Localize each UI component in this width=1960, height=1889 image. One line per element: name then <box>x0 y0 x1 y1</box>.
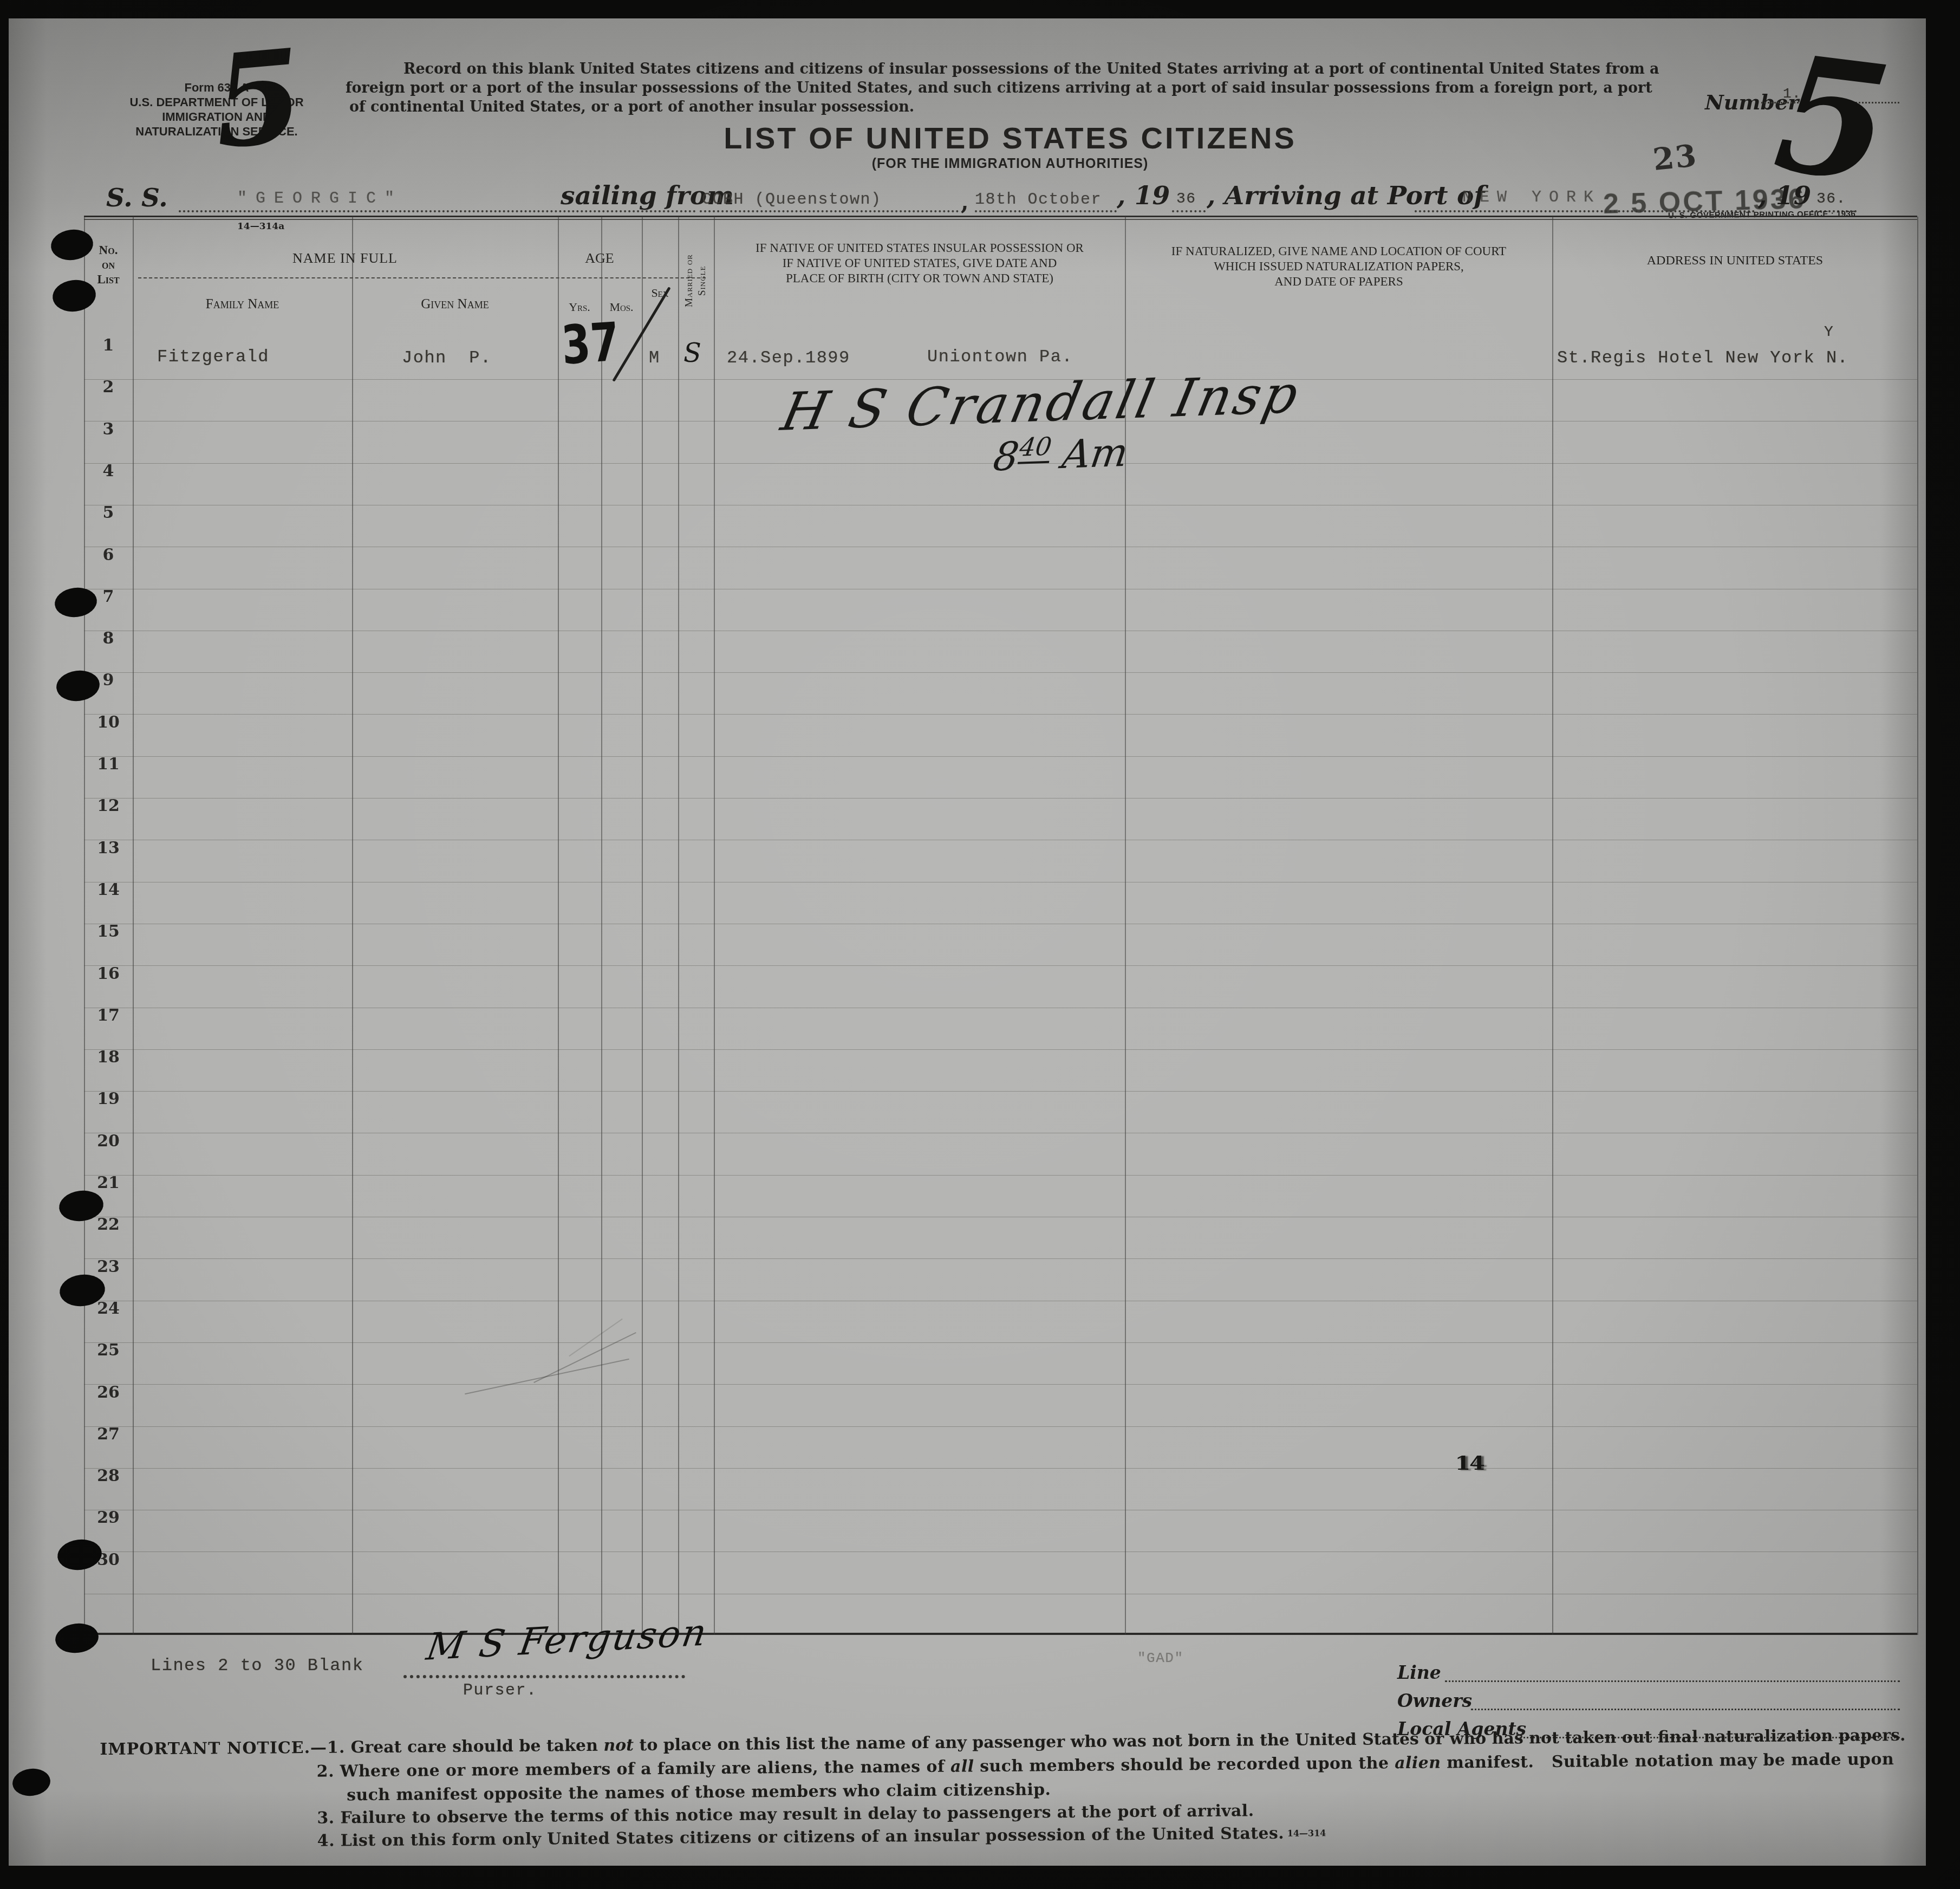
purser-label: Purser. <box>463 1682 537 1700</box>
stray-stamp-14: 14 <box>1455 1452 1484 1475</box>
col-header-family-name: Family Name <box>135 297 349 312</box>
scan-edge-top <box>0 0 1960 18</box>
year-typed: 36 <box>1176 191 1196 207</box>
row-number-16: 16 <box>86 964 131 983</box>
row-number-12: 12 <box>86 796 131 815</box>
row-rule <box>84 1217 1917 1217</box>
row1-family-name: Fitzgerald <box>157 347 269 367</box>
port-from-fill-line <box>700 210 959 212</box>
gad-note: "GAD" <box>1137 1650 1184 1666</box>
row-number-29: 29 <box>86 1508 131 1527</box>
paper-sheet <box>9 17 1929 1866</box>
row-rule <box>84 1301 1917 1301</box>
row-number-19: 19 <box>86 1089 131 1108</box>
column-rule <box>1917 217 1918 1635</box>
comma-printed: , <box>961 189 969 215</box>
row-number-18: 18 <box>86 1048 131 1067</box>
column-rule <box>601 217 602 1635</box>
row-number-14: 14 <box>86 880 131 899</box>
page-title: LIST OF UNITED STATES CITIZENS <box>693 120 1327 155</box>
year-printed: , 19 <box>1117 181 1170 211</box>
col-header-married-single: Married or Single <box>678 232 714 329</box>
row-number-25: 25 <box>86 1341 131 1360</box>
row-rule <box>84 589 1917 589</box>
column-rule <box>1552 217 1553 1635</box>
year-fill-line <box>1172 210 1206 212</box>
row-rule <box>84 1049 1917 1050</box>
row-rule <box>84 1133 1917 1133</box>
row1-given-name: John P. <box>402 348 492 368</box>
row-rule <box>84 1384 1917 1385</box>
row-number-13: 13 <box>86 839 131 858</box>
row-rule <box>84 1510 1917 1510</box>
line-fill <box>1445 1680 1900 1682</box>
col-header-sex: Sex <box>643 286 677 300</box>
row1-birth-date: 24.Sep.1899 <box>727 348 850 368</box>
row-rule <box>84 1594 1917 1594</box>
row-rule <box>84 965 1917 966</box>
row1-birth-place: Uniontown Pa. <box>927 347 1073 367</box>
purser-signature-line <box>403 1675 685 1678</box>
row-number-15: 15 <box>86 922 131 941</box>
row-number-23: 23 <box>86 1257 131 1276</box>
col-header-birth: IF NATIVE OF UNITED STATES INSULAR POSSE… <box>717 241 1123 286</box>
scan-edge-bottom <box>0 1866 1960 1889</box>
port-to-typed: NEW YORK <box>1462 189 1601 207</box>
row-rule <box>84 1091 1917 1092</box>
arriving-label: , Arriving at Port of <box>1207 181 1485 211</box>
row-rule <box>84 505 1917 505</box>
row-rule <box>84 672 1917 673</box>
row-number-26: 26 <box>86 1383 131 1402</box>
row-rule <box>84 882 1917 882</box>
date-fill-line <box>975 210 1117 212</box>
intro-line-2: foreign port or a port of the insular po… <box>346 80 1652 96</box>
column-rule <box>678 217 679 1635</box>
owners-fill <box>1471 1709 1900 1710</box>
row1-sex: M <box>649 348 660 368</box>
col-header-yrs: Yrs. <box>559 300 600 314</box>
row-number-2: 2 <box>86 378 131 397</box>
scan-edge-left <box>0 0 9 1889</box>
row-rule <box>84 1552 1917 1552</box>
col-header-address: ADDRESS IN UNITED STATES <box>1555 254 1915 268</box>
row-rule <box>84 1175 1917 1176</box>
line-label: Line <box>1397 1662 1441 1683</box>
row-rule <box>84 1258 1917 1259</box>
local-agents-fill <box>1520 1737 1900 1738</box>
column-rule <box>352 217 353 1635</box>
intro-line-3: of continental United States, or a port … <box>349 99 914 115</box>
owners-label: Owners <box>1397 1690 1472 1711</box>
column-rule <box>714 217 715 1635</box>
row-number-20: 20 <box>86 1132 131 1151</box>
row1-age-handwritten: 37 <box>559 311 621 376</box>
arrival-year-printed: , 19 <box>1758 181 1811 211</box>
col-header-given-name: Given Name <box>355 297 555 312</box>
arrival-year-typed: 36. <box>1816 191 1846 207</box>
handwritten-sheet-number-left: 5 <box>208 28 308 170</box>
col-header-married-single-text: Married or Single <box>683 254 709 307</box>
row-number-28: 28 <box>86 1466 131 1485</box>
row-rule <box>84 1426 1917 1427</box>
row-number-21: 21 <box>86 1173 131 1192</box>
row1-married-single: S <box>683 338 701 368</box>
col-header-age: AGE <box>559 250 640 267</box>
table-top-border-outer <box>84 216 1917 217</box>
local-agents-label: Local Agents <box>1397 1718 1526 1739</box>
row-number-3: 3 <box>86 420 131 439</box>
column-rule <box>642 217 643 1635</box>
ss-label: S. S. <box>106 183 168 213</box>
sailing-date-typed: 18th October <box>975 191 1102 209</box>
inspection-time-suffix: Am <box>1047 429 1131 477</box>
row-number-11: 11 <box>86 755 131 774</box>
blank-lines-note: Lines 2 to 30 Blank <box>151 1656 363 1676</box>
scan-edge-right <box>1926 0 1960 1889</box>
row-rule <box>84 1468 1917 1469</box>
row-rule <box>84 840 1917 840</box>
inspection-time: 840 Am <box>991 429 1131 479</box>
form-code-top: 14—314a <box>237 221 284 232</box>
intro-line-1: Record on this blank United States citiz… <box>403 61 1659 77</box>
row-rule <box>84 924 1917 924</box>
table-bottom-border <box>84 1633 1917 1635</box>
handwritten-sheet-number-right: 5 <box>1768 32 1898 207</box>
page-subtitle: (FOR THE IMMIGRATION AUTHORITIES) <box>842 156 1178 172</box>
stamp-23: 23 <box>1651 138 1699 178</box>
row-rule <box>84 756 1917 757</box>
row-number-1: 1 <box>86 336 131 355</box>
row1-address: St.Regis Hotel New York N. <box>1557 348 1848 368</box>
row-number-27: 27 <box>86 1425 131 1444</box>
row-number-10: 10 <box>86 713 131 732</box>
column-rule <box>84 217 85 1635</box>
row-number-17: 17 <box>86 1006 131 1025</box>
row1-address-overtype: Y <box>1824 324 1834 341</box>
row-number-4: 4 <box>86 462 131 481</box>
scanned-manifest-page: Form 630 A U.S. DEPARTMENT OF LABOR IMMI… <box>0 0 1960 1889</box>
row-rule <box>84 1342 1917 1343</box>
row-number-5: 5 <box>86 503 131 522</box>
header-divider-dashed <box>138 277 706 278</box>
row-rule <box>84 798 1917 799</box>
ship-name-typed: "GEORGIC" <box>237 190 403 208</box>
row-number-6: 6 <box>86 546 131 564</box>
inspection-time-minutes: 40 <box>1018 431 1054 464</box>
row-rule <box>84 714 1917 715</box>
row-rule <box>84 1008 1917 1008</box>
col-header-naturalized: IF NATURALIZED, GIVE NAME AND LOCATION O… <box>1128 244 1550 289</box>
row-rule <box>84 631 1917 631</box>
column-rule <box>558 217 559 1635</box>
row-number-8: 8 <box>86 629 131 648</box>
column-rule <box>133 217 134 1635</box>
port-from-typed: COBH (Queenstown) <box>702 191 882 209</box>
row-rule <box>84 547 1917 547</box>
table-top-border-inner <box>84 219 1917 220</box>
col-header-name-in-full: NAME IN FULL <box>237 250 453 267</box>
